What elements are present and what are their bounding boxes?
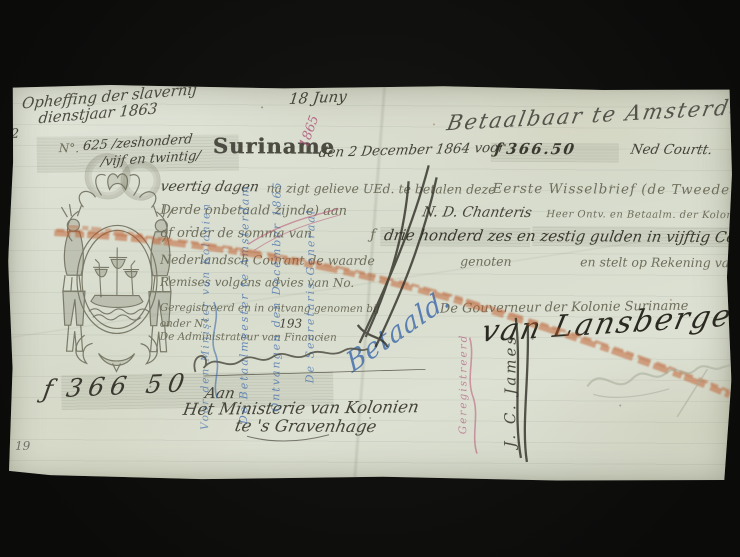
blue-stamp-line: De Secretaris-Generaal — [303, 209, 317, 384]
bottom-amount-value: 366 50 — [64, 368, 192, 403]
issue-date: den 2 December 1864 voor — [318, 140, 506, 161]
blue-stamp-line: Voor den Minister van Kolonien — [199, 202, 212, 430]
blue-stamp-line: Ontvangen den December 1865 — [269, 180, 283, 411]
place-name: Suriname — [213, 133, 335, 159]
margin-mark: 2 — [11, 127, 19, 142]
document-paper: Opheffing der slavernij dienstjaar 1863 … — [7, 83, 733, 483]
form-text: na zigt gelieve UEd. te betalen deze — [267, 180, 496, 196]
magenta-registration-mark: Geregistreerd — [457, 334, 470, 435]
slavery-abolition-note: Opheffing der slavernij dienstjaar 1863 — [20, 80, 198, 129]
vertical-signature-name: J. C. James — [501, 334, 520, 448]
sailing-ship-icon — [89, 247, 149, 320]
form-text: Nederlandsch Courant de waarde — [160, 252, 375, 268]
date-note: 18 Juny — [288, 87, 348, 108]
blue-stamp-line: De Betaalmeester te Amsterdam — [237, 184, 251, 424]
form-text: genoten — [460, 254, 512, 269]
form-text: Derde onbetaald zijnde) aan — [160, 203, 347, 219]
form-text: of order de somma van — [160, 226, 312, 242]
currency-note: Ned Courtt. — [629, 142, 713, 158]
currency-sign: ƒ — [41, 374, 55, 404]
amount-value: 366.50 — [505, 140, 577, 158]
pencil-signature-squiggle — [587, 364, 730, 417]
first-bill-text: Eerste Wisselbrief (de Tweede en — [493, 181, 740, 199]
betaald-stamp: Betaald. — [342, 282, 455, 380]
addressee-line2: te 's Gravenhage — [233, 416, 378, 436]
amount-figures: ƒ 366.50 — [494, 140, 578, 158]
page-mark: 19 — [15, 439, 30, 453]
sum-in-words: drie honderd zes en zestig gulden in vij… — [383, 226, 740, 246]
currency-sign: ƒ — [370, 227, 375, 243]
payable-note: Betaalbaar te Amsterdam — [445, 94, 740, 136]
payee-title-note: Heer Ontv. en Betaalm. der Kolonie Surin… — [546, 209, 740, 222]
paper-specks — [9, 83, 11, 85]
form-text: en stelt op Rekening van — [580, 254, 737, 270]
form-text: Remises volgens advies van No. — [160, 275, 354, 290]
payee-name: N. D. Chanteris — [421, 204, 533, 221]
currency-sign: ƒ — [494, 140, 503, 158]
photo-background: Opheffing der slavernij dienstjaar 1863 … — [0, 0, 740, 557]
number-label: N°. — [59, 141, 79, 155]
